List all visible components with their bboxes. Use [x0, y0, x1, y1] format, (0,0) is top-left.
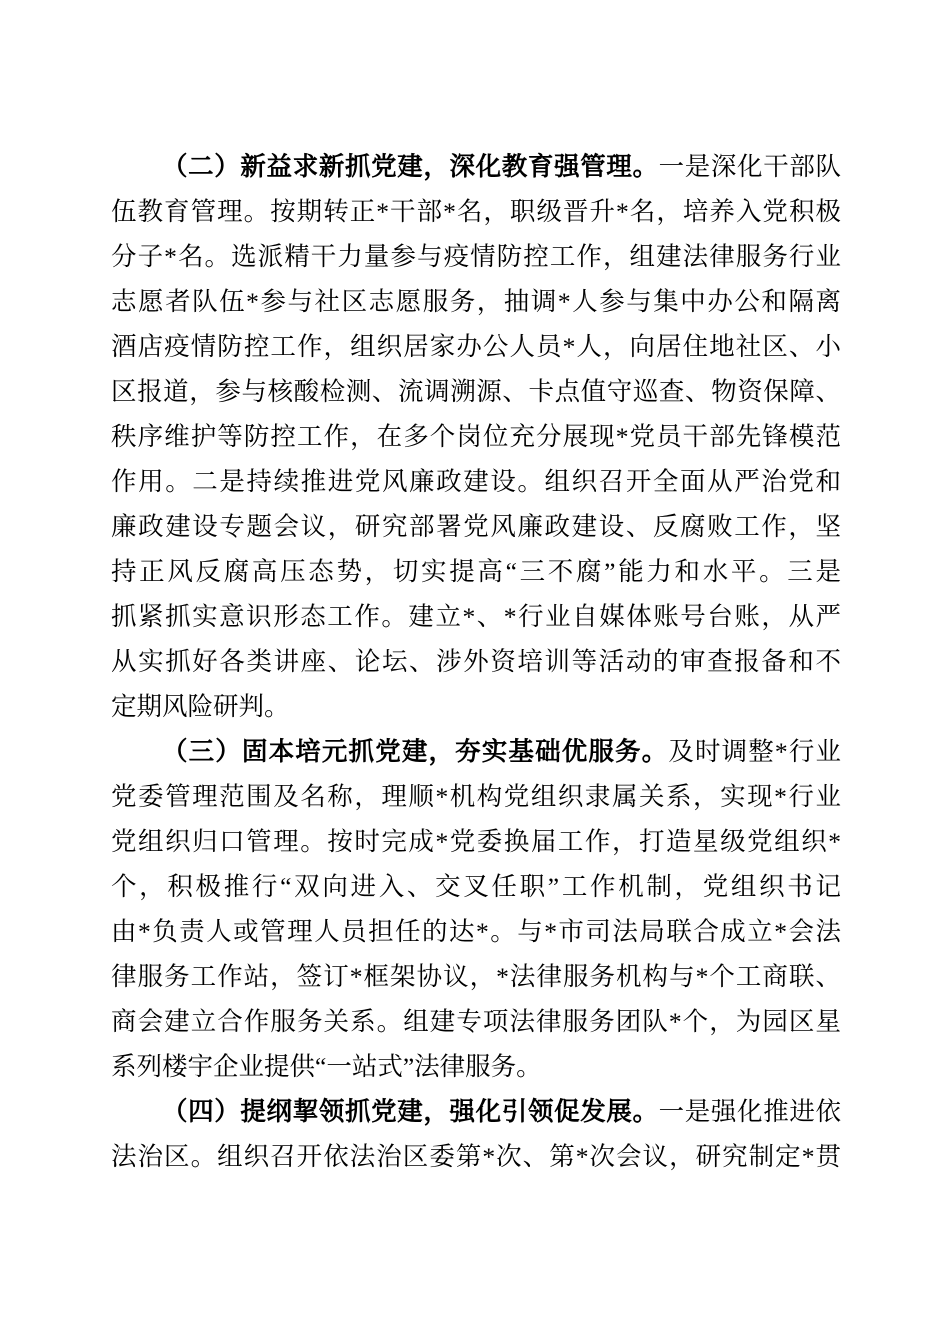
text-line: 志愿者队伍*参与社区志愿服务，抽调*人参与集中办公和隔离 — [111, 279, 841, 324]
paragraph-section-4: （四）提纲挈领抓党建，强化引领促发展。一是强化推进依 法治区。组织召开依法治区委… — [111, 1089, 841, 1179]
text-line: 党组织归口管理。按时完成*党委换届工作，打造星级党组织* — [111, 819, 841, 864]
text-line: 分子*名。选派精干力量参与疫情防控工作，组建法律服务行业 — [111, 234, 841, 279]
text-line: 定期风险研判。 — [111, 684, 841, 729]
text-line: 伍教育管理。按期转正*干部*名，职级晋升*名，培养入党积极 — [111, 189, 841, 234]
section-2-heading-rest: 一是深化干部队 — [659, 152, 841, 181]
document-page: （二）新益求新抓党建，深化教育强管理。一是深化干部队 伍教育管理。按期转正*干部… — [0, 0, 950, 1344]
text-line: 区报道，参与核酸检测、流调溯源、卡点值守巡查、物资保障、 — [111, 369, 841, 414]
text-line: 酒店疫情防控工作，组织居家办公人员*人，向居住地社区、小 — [111, 324, 841, 369]
text-line: 个，积极推行“双向进入、交叉任职”工作机制，党组织书记 — [111, 864, 841, 909]
text-line: 由*负责人或管理人员担任的达*。与*市司法局联合成立*会法 — [111, 909, 841, 954]
paragraph-section-3: （三）固本培元抓党建，夯实基础优服务。及时调整*行业 党委管理范围及名称，理顺*… — [111, 729, 841, 1089]
text-line: 从实抓好各类讲座、论坛、涉外资培训等活动的审查报备和不 — [111, 639, 841, 684]
text-line: 党委管理范围及名称，理顺*机构党组织隶属关系，实现*行业 — [111, 774, 841, 819]
text-line: 作用。二是持续推进党风廉政建设。组织召开全面从严治党和 — [111, 459, 841, 504]
text-line: 廉政建设专题会议，研究部署党风廉政建设、反腐败工作，坚 — [111, 504, 841, 549]
section-4-heading: （四）提纲挈领抓党建，强化引领促发展。 — [162, 1097, 659, 1126]
section-3-heading-line: （三）固本培元抓党建，夯实基础优服务。及时调整*行业 — [111, 729, 841, 774]
text-line: 商会建立合作服务关系。组建专项法律服务团队*个，为园区星 — [111, 999, 841, 1044]
text-line: 系列楼宇企业提供“一站式”法律服务。 — [111, 1044, 841, 1089]
text-line: 秩序维护等防控工作，在多个岗位充分展现*党员干部先锋模范 — [111, 414, 841, 459]
section-2-heading: （二）新益求新抓党建，深化教育强管理。 — [162, 152, 659, 181]
section-3-heading: （三）固本培元抓党建，夯实基础优服务。 — [162, 737, 668, 766]
section-4-heading-rest: 一是强化推进依 — [659, 1097, 841, 1126]
text-line: 律服务工作站，签订*框架协议，*法律服务机构与*个工商联、 — [111, 954, 841, 999]
text-line: 抓紧抓实意识形态工作。建立*、*行业自媒体账号台账，从严 — [111, 594, 841, 639]
section-2-heading-line: （二）新益求新抓党建，深化教育强管理。一是深化干部队 — [111, 144, 841, 189]
text-line: 法治区。组织召开依法治区委第*次、第*次会议，研究制定*贯 — [111, 1134, 841, 1179]
document-text-block: （二）新益求新抓党建，深化教育强管理。一是深化干部队 伍教育管理。按期转正*干部… — [111, 144, 841, 1179]
section-4-heading-line: （四）提纲挈领抓党建，强化引领促发展。一是强化推进依 — [111, 1089, 841, 1134]
text-line: 持正风反腐高压态势，切实提高“三不腐”能力和水平。三是 — [111, 549, 841, 594]
paragraph-section-2: （二）新益求新抓党建，深化教育强管理。一是深化干部队 伍教育管理。按期转正*干部… — [111, 144, 841, 729]
section-3-heading-rest: 及时调整*行业 — [668, 737, 841, 766]
